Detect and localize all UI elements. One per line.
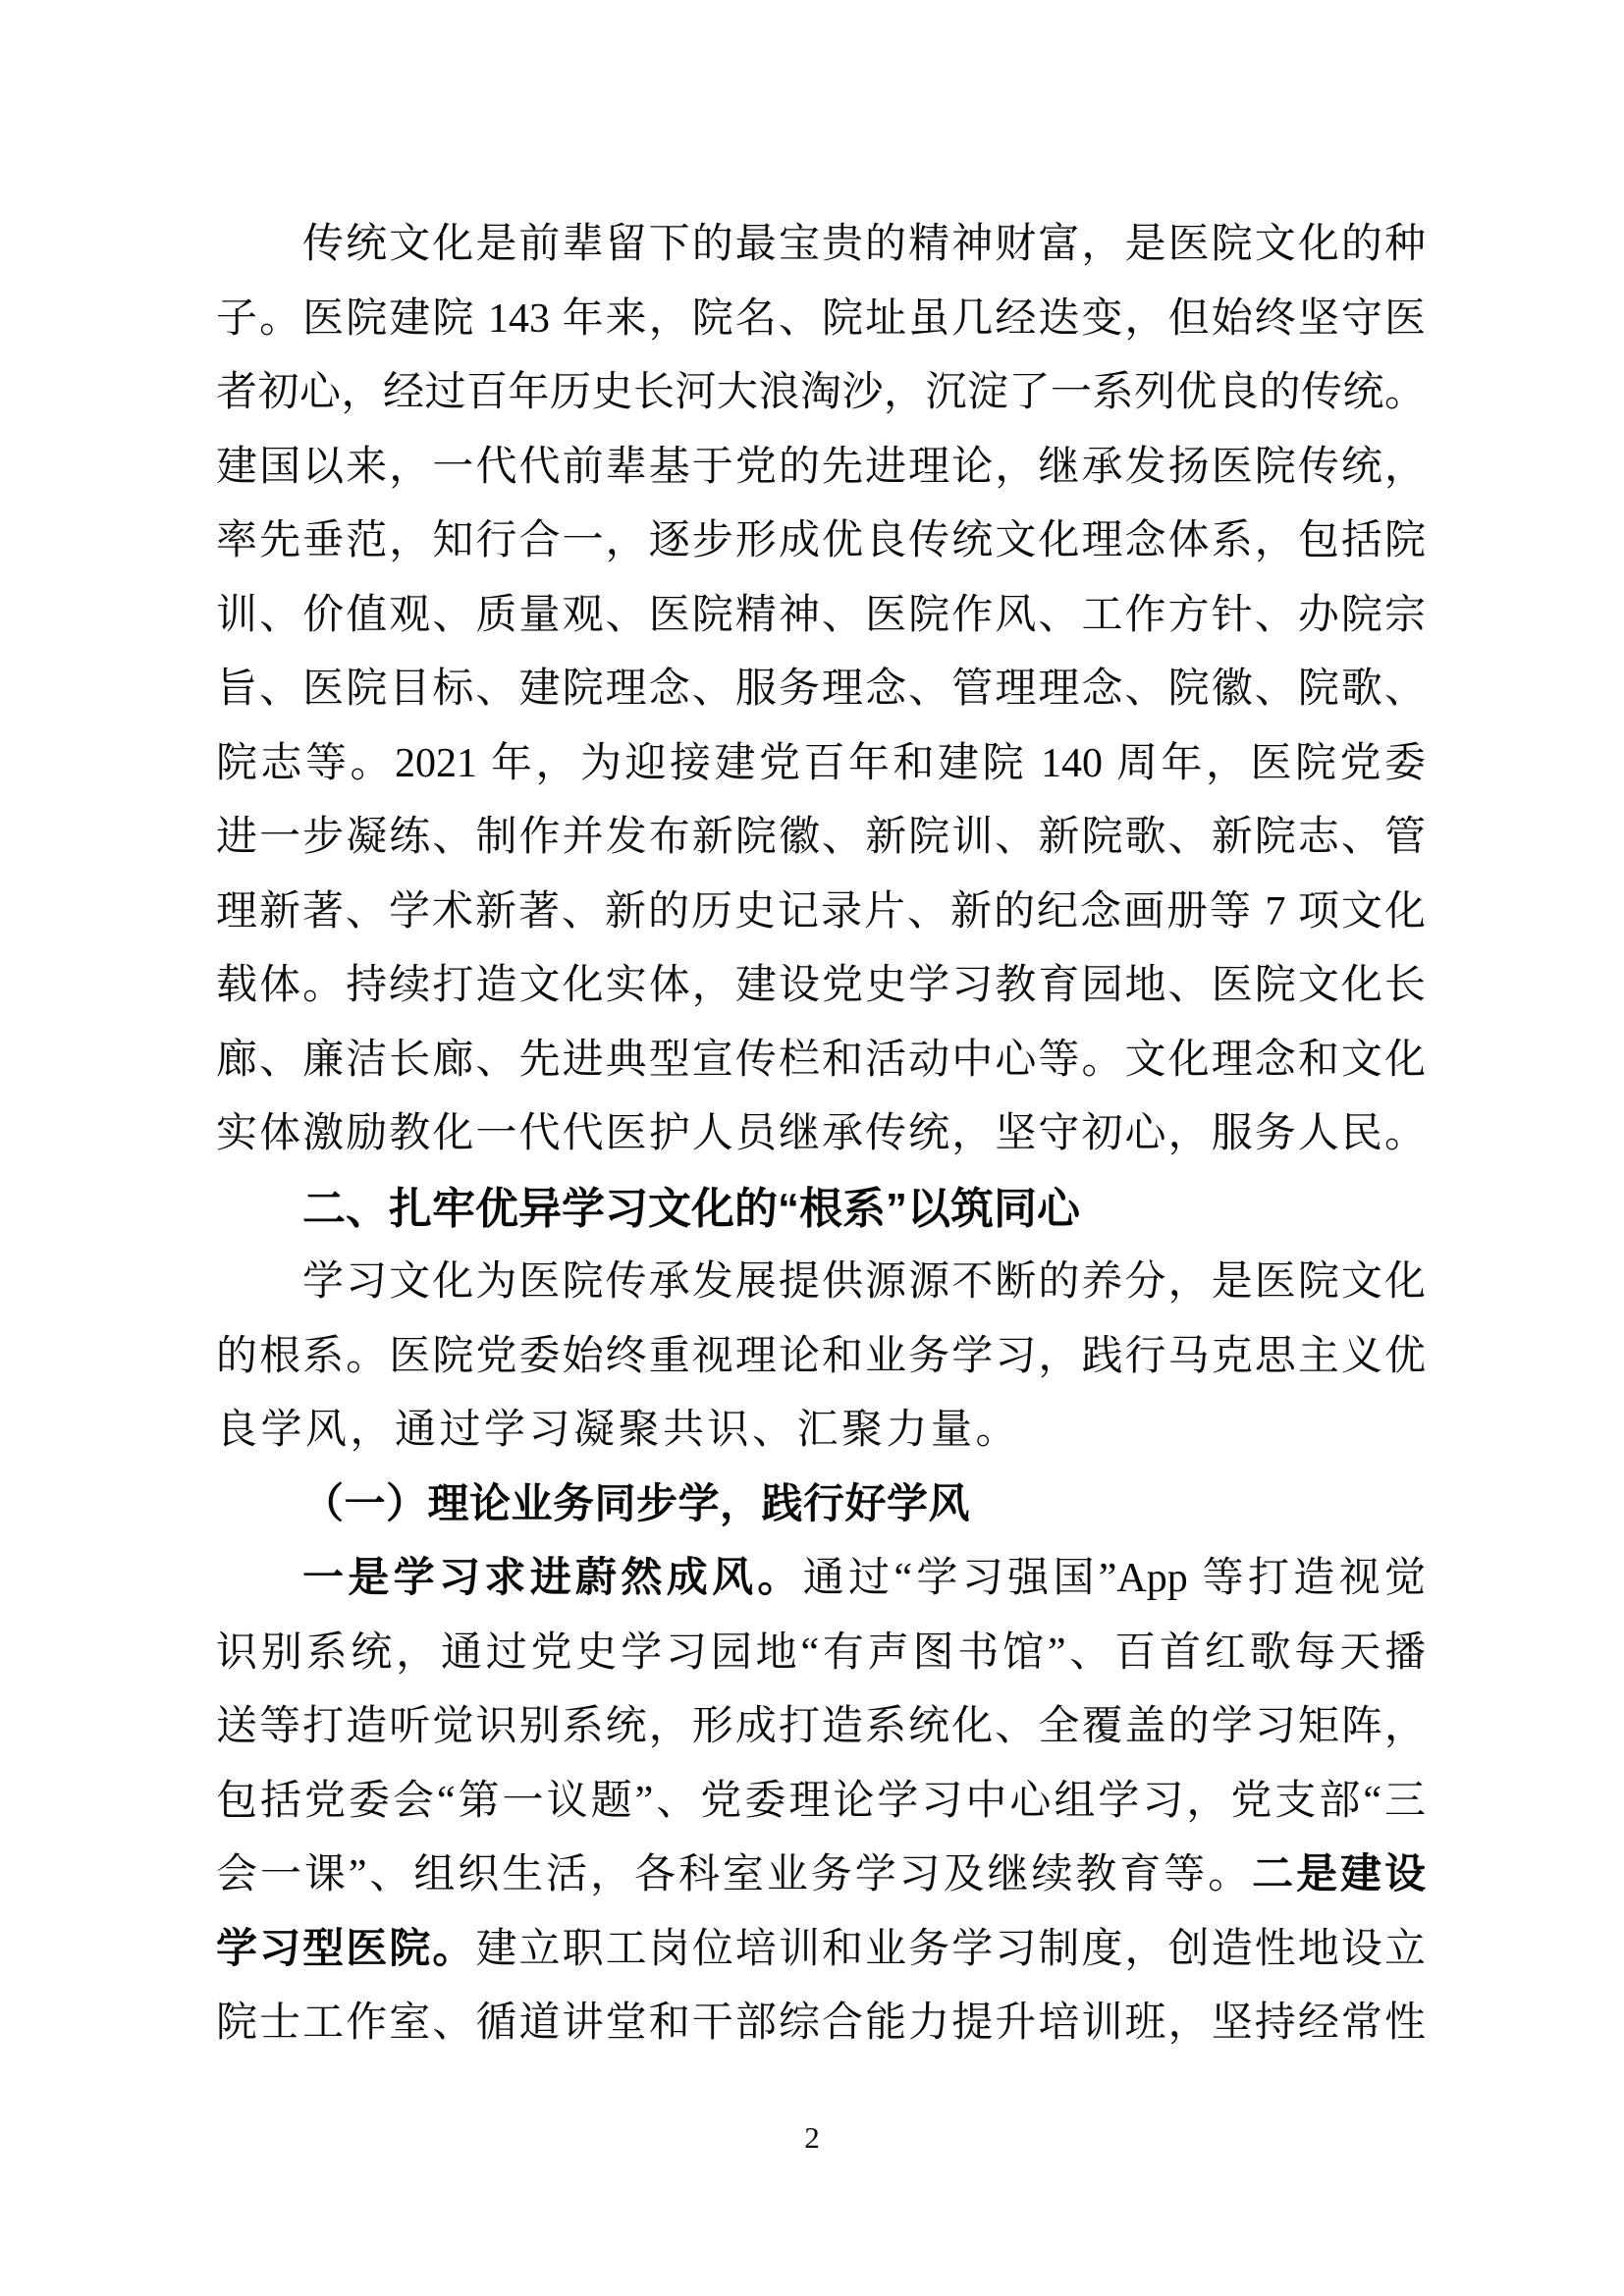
text-line: 载体。持续打造文化实体，建设党史学习教育园地、医院文化长 xyxy=(216,949,1426,1024)
text-segment: 训、价值观、质量观、医院精神、医院作风、工作方针、办院宗 xyxy=(216,593,1426,638)
emphasis-segment: 二是建设 xyxy=(1252,1852,1426,1897)
text-line: 识别系统，通过党史学习园地“有声图书馆”、百首红歌每天播 xyxy=(216,1617,1426,1691)
text-segment: 理新著、学术新著、新的历史记录片、新的纪念画册等 7 项文化 xyxy=(216,889,1426,934)
text-line: 廊、廉洁长廊、先进典型宣传栏和活动中心等。文化理念和文化 xyxy=(216,1024,1426,1098)
text-line: 一是学习求进蔚然成风。通过“学习强国”App 等打造视觉 xyxy=(216,1542,1426,1617)
text-segment: 实体激励教化一代代医护人员继承传统，坚守初心，服务人民。 xyxy=(216,1111,1426,1156)
text-line: 的根系。医院党委始终重视理论和业务学习，践行马克思主义优 xyxy=(216,1320,1426,1395)
text-line: 院志等。2021 年，为迎接建党百年和建院 140 周年，医院党委 xyxy=(216,727,1426,802)
text-segment: 识别系统，通过党史学习园地“有声图书馆”、百首红歌每天播 xyxy=(216,1630,1426,1676)
text-line: 包括党委会“第一议题”、党委理论学习中心组学习，党支部“三 xyxy=(216,1765,1426,1840)
text-segment: 建立职工岗位培训和业务学习制度，创造性地设立 xyxy=(475,1927,1426,1972)
text-segment: 良学风，通过学习凝聚共识、汇聚力量。 xyxy=(216,1408,1020,1453)
text-line: 建国以来，一代代前辈基于党的先进理论，继承发扬医院传统， xyxy=(216,431,1426,506)
document-page: 传统文化是前辈留下的最宝贵的精神财富，是医院文化的种 子。医院建院 143 年来… xyxy=(0,0,1624,2296)
text-line: 子。医院建院 143 年来，院名、院址虽几经迭变，但始终坚守医 xyxy=(216,283,1426,357)
page-number: 2 xyxy=(0,2118,1624,2158)
text-line: 学习型医院。建立职工岗位培训和业务学习制度，创造性地设立 xyxy=(216,1913,1426,1988)
text-segment: 旨、医院目标、建院理念、服务理念、管理理念、院徽、院歌、 xyxy=(216,667,1426,712)
text-segment: 包括党委会“第一议题”、党委理论学习中心组学习，党支部“三 xyxy=(216,1779,1426,1824)
text-segment: 送等打造听觉识别系统，形成打造系统化、全覆盖的学习矩阵， xyxy=(216,1704,1426,1749)
text-segment: 院志等。2021 年，为迎接建党百年和建院 140 周年，医院党委 xyxy=(216,741,1426,786)
text-line: 进一步凝练、制作并发布新院徽、新院训、新院歌、新院志、管 xyxy=(216,801,1426,876)
text-line: 理新著、学术新著、新的历史记录片、新的纪念画册等 7 项文化 xyxy=(216,876,1426,950)
text-line: 率先垂范，知行合一，逐步形成优良传统文化理念体系，包括院 xyxy=(216,505,1426,579)
emphasis-segment: 一是学习求进蔚然成风。 xyxy=(302,1556,803,1601)
text-line: 学习文化为医院传承发展提供源源不断的养分，是医院文化 xyxy=(216,1246,1426,1320)
text-line: 者初心，经过百年历史长河大浪淘沙，沉淀了一系列优良的传统。 xyxy=(216,356,1426,431)
text-line: 训、价值观、质量观、医院精神、医院作风、工作方针、办院宗 xyxy=(216,579,1426,654)
text-line: 院士工作室、循道讲堂和干部综合能力提升培训班，坚持经常性 xyxy=(216,1987,1426,2061)
text-segment: 廊、廉洁长廊、先进典型宣传栏和活动中心等。文化理念和文化 xyxy=(216,1038,1426,1083)
sub-section-heading: （一）理论业务同步学，践行好学风 xyxy=(216,1468,1426,1543)
text-segment: 进一步凝练、制作并发布新院徽、新院训、新院歌、新院志、管 xyxy=(216,815,1426,860)
text-segment: 院士工作室、循道讲堂和干部综合能力提升培训班，坚持经常性 xyxy=(216,2001,1426,2046)
text-segment: 传统文化是前辈留下的最宝贵的精神财富，是医院文化的种 xyxy=(302,222,1426,267)
text-segment: 的根系。医院党委始终重视理论和业务学习，践行马克思主义优 xyxy=(216,1334,1426,1379)
text-segment: 二、扎牢优异学习文化的“根系”以筑同心 xyxy=(302,1185,1080,1233)
text-segment: 通过“学习强国”App 等打造视觉 xyxy=(803,1556,1426,1601)
text-segment: （一）理论业务同步学，践行好学风 xyxy=(302,1482,970,1527)
text-segment: 率先垂范，知行合一，逐步形成优良传统文化理念体系，包括院 xyxy=(216,518,1426,563)
section-heading: 二、扎牢优异学习文化的“根系”以筑同心 xyxy=(216,1172,1426,1247)
document-body: 传统文化是前辈留下的最宝贵的精神财富，是医院文化的种 子。医院建院 143 年来… xyxy=(216,208,1426,2061)
text-segment: 者初心，经过百年历史长河大浪淘沙，沉淀了一系列优良的传统。 xyxy=(216,370,1426,415)
text-segment: 载体。持续打造文化实体，建设党史学习教育园地、医院文化长 xyxy=(216,963,1426,1008)
text-segment: 学习文化为医院传承发展提供源源不断的养分，是医院文化 xyxy=(302,1259,1426,1305)
emphasis-segment: 学习型医院。 xyxy=(216,1927,475,1972)
text-line: 实体激励教化一代代医护人员继承传统，坚守初心，服务人民。 xyxy=(216,1097,1426,1172)
text-segment: 会一课”、组织生活，各科室业务学习及继续教育等。 xyxy=(216,1852,1252,1897)
text-line: 送等打造听觉识别系统，形成打造系统化、全覆盖的学习矩阵， xyxy=(216,1690,1426,1765)
text-line: 会一课”、组织生活，各科室业务学习及继续教育等。二是建设 xyxy=(216,1839,1426,1913)
text-line: 良学风，通过学习凝聚共识、汇聚力量。 xyxy=(216,1394,1426,1468)
text-segment: 子。医院建院 143 年来，院名、院址虽几经迭变，但始终坚守医 xyxy=(216,296,1426,342)
text-line: 旨、医院目标、建院理念、服务理念、管理理念、院徽、院歌、 xyxy=(216,653,1426,727)
text-segment: 建国以来，一代代前辈基于党的先进理论，继承发扬医院传统， xyxy=(216,445,1426,490)
text-line: 传统文化是前辈留下的最宝贵的精神财富，是医院文化的种 xyxy=(216,208,1426,283)
